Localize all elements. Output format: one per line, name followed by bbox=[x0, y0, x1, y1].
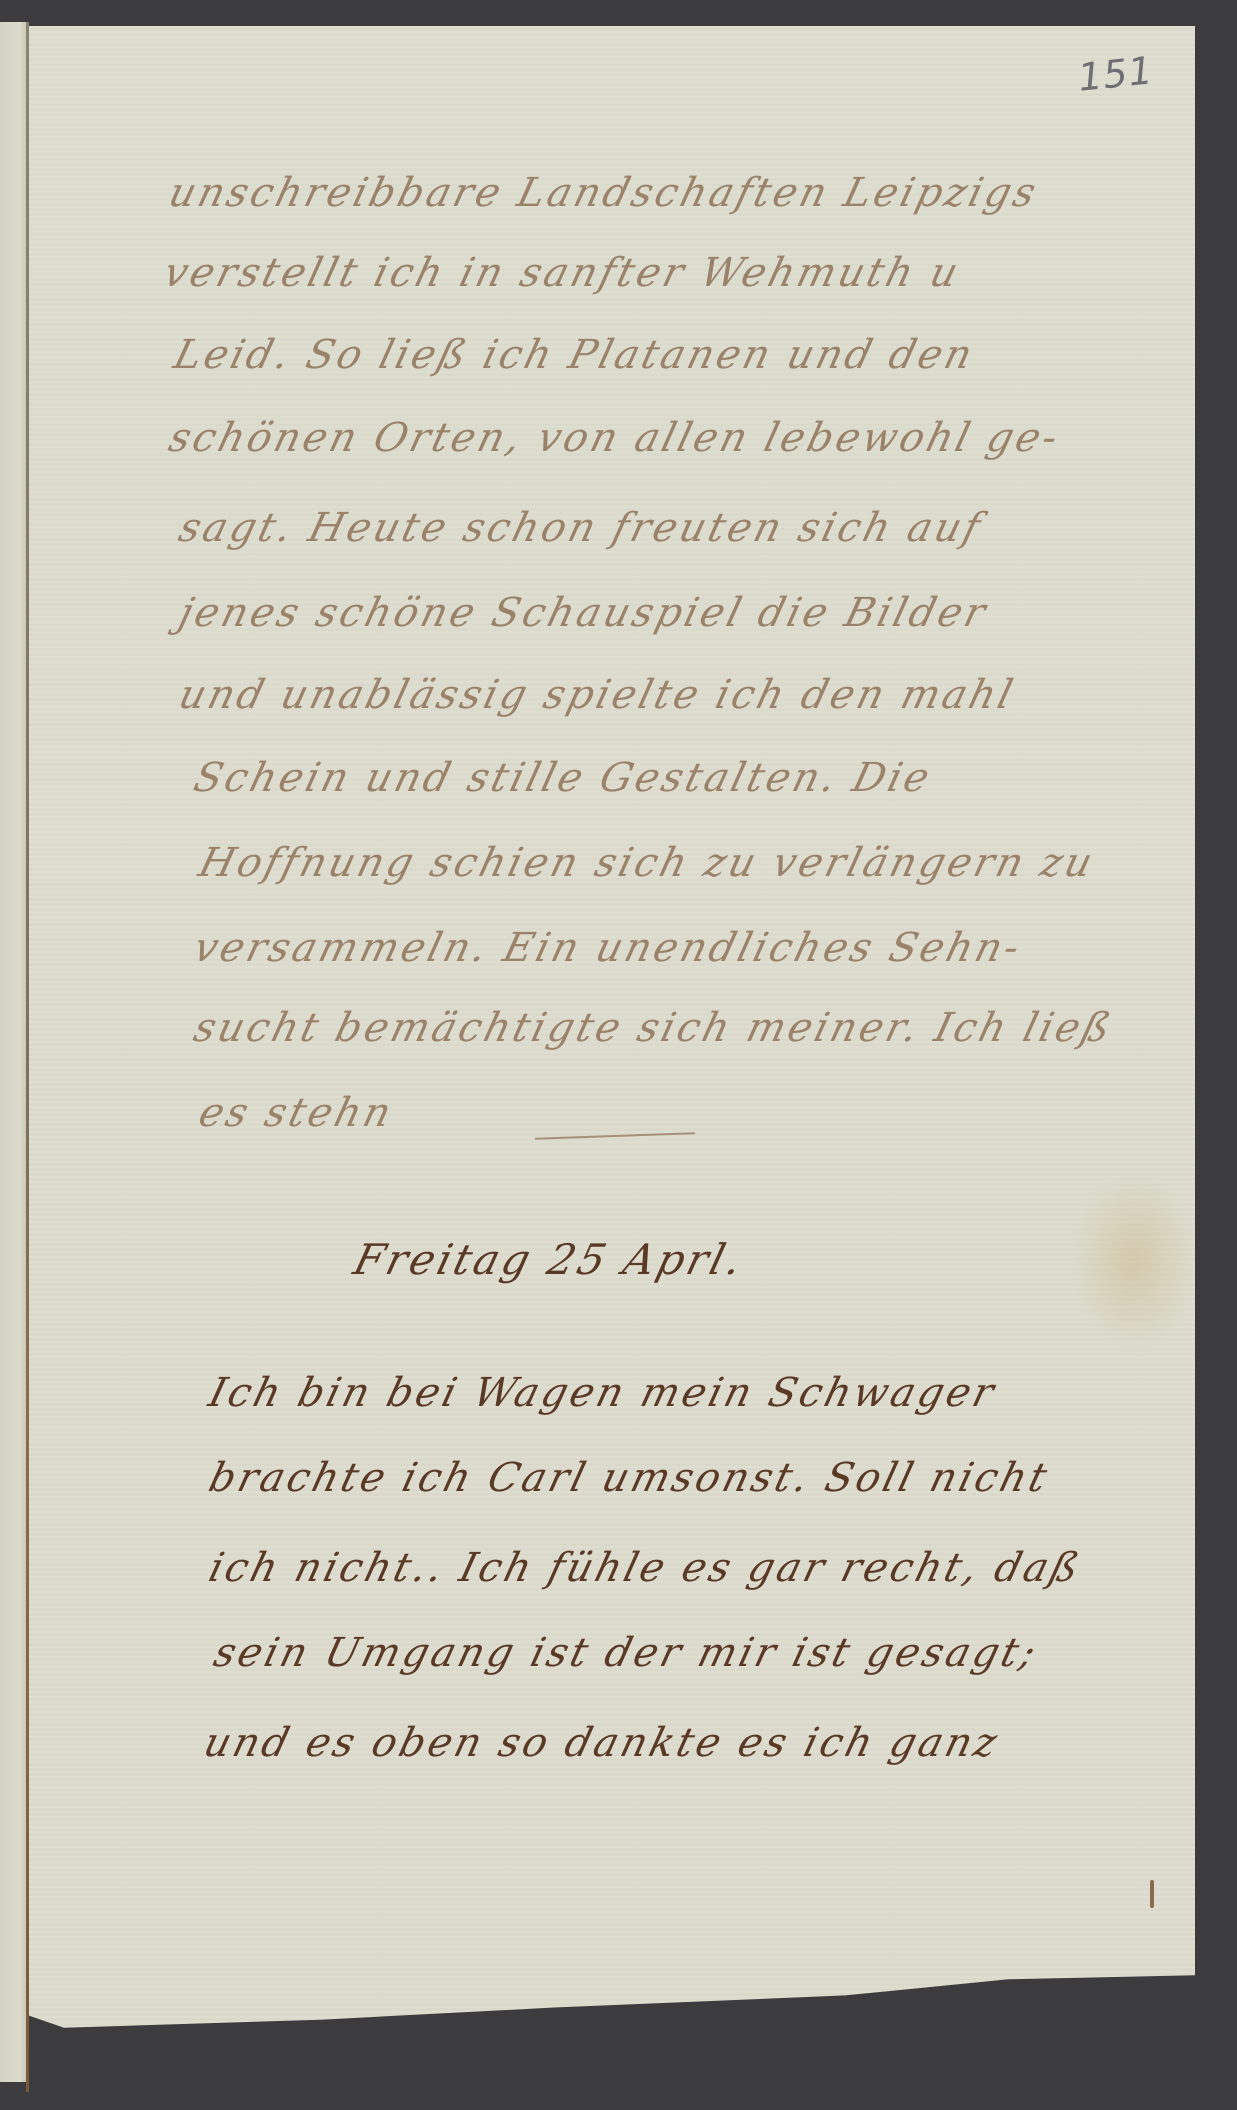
entry-1-line: schönen Orten, von allen lebewohl ge- bbox=[164, 415, 1065, 461]
entry-2-line: und es oben so dankte es ich ganz bbox=[199, 1720, 1004, 1766]
entry-1-line: Leid. So ließ ich Platanen und den bbox=[169, 332, 979, 378]
ink-mark bbox=[1150, 1880, 1154, 1908]
folio-number: 151 bbox=[1076, 48, 1156, 100]
entry-1-line: sagt. Heute schon freuten sich auf bbox=[174, 505, 987, 551]
facing-page-edge bbox=[0, 22, 28, 2082]
entry-1-line: jenes schöne Schauspiel die Bilder bbox=[174, 590, 993, 636]
entry-1-line: versammeln. Ein unendliches Sehn- bbox=[189, 925, 1027, 971]
entry-2-line: ich nicht.. Ich fühle es gar recht, daß bbox=[204, 1545, 1086, 1591]
entry-2-date-heading: Freitag 25 Aprl. bbox=[349, 1235, 750, 1284]
entry-2-line: Ich bin bei Wagen mein Schwager bbox=[204, 1370, 1001, 1416]
entry-2-line: sein Umgang ist der mir ist gesagt; bbox=[209, 1630, 1043, 1676]
entry-1-line: Schein und stille Gestalten. Die bbox=[189, 755, 937, 801]
entry-2-line: brachte ich Carl umsonst. Soll nicht bbox=[204, 1455, 1054, 1501]
binding-gutter bbox=[26, 22, 29, 2092]
entry-1-line: und unablässig spielte ich den mahl bbox=[174, 672, 1020, 718]
entry-1-line: es stehn bbox=[194, 1090, 398, 1136]
entry-1-line: verstellt ich in sanfter Wehmuth u bbox=[159, 250, 965, 296]
entry-1-line: unschreibbare Landschaften Leipzigs bbox=[164, 170, 1043, 216]
entry-1-line: Hoffnung schien sich zu verlängern zu bbox=[194, 840, 1100, 886]
entry-1-line: sucht bemächtigte sich meiner. Ich ließ bbox=[189, 1005, 1118, 1051]
